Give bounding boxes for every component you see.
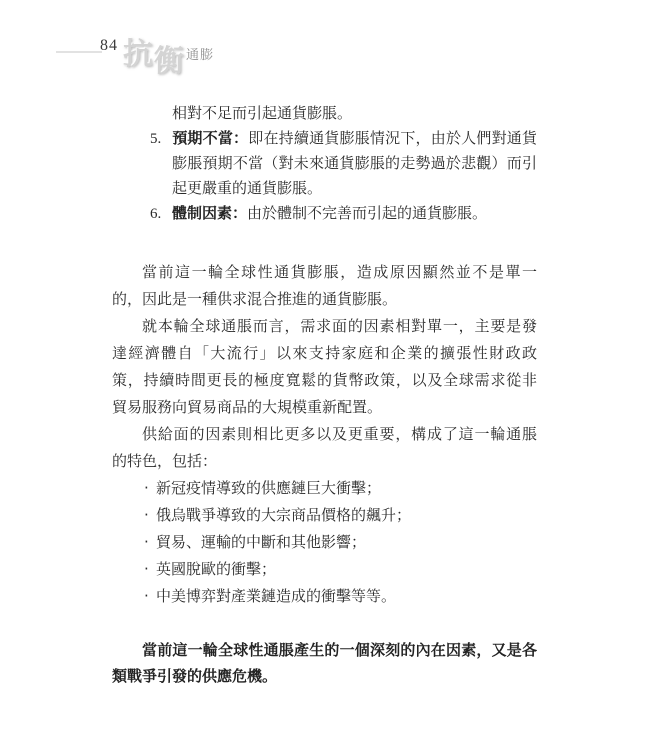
text-segment: 膨脹預期不當（對未來通貨膨脹的走勢過於悲觀）而引 [172, 156, 537, 172]
text-segment: 的，因此是一種供求混合推進的通貨膨脹。 [112, 292, 397, 308]
text-segment: 即在持續通貨膨脹情況下，由於人們對通貨 [248, 131, 537, 147]
text-line: ‧貿易、運輸的中斷和其他影響； [112, 530, 537, 557]
header-rule [56, 51, 102, 53]
text-segment: 起更嚴重的通貨膨脹。 [172, 181, 322, 197]
list-number: 5. [150, 127, 172, 152]
text-segment: 當前這一輪全球性通貨膨脹，造成原因顯然並不是單一 [142, 265, 537, 281]
text-line: ‧英國脫歐的衝擊； [112, 557, 537, 584]
text-segment: 貿易、運輸的中斷和其他影響； [156, 535, 366, 551]
text-segment: 中美博弈對產業鏈造成的衝擊等等。 [156, 589, 396, 605]
text-line: ‧中美博弈對產業鏈造成的衝擊等等。 [112, 584, 537, 611]
text-line: 的特色，包括： [112, 449, 537, 476]
text-line: ‧新冠疫情導致的供應鏈巨大衝擊； [112, 476, 537, 503]
bullet-icon: ‧ [144, 557, 156, 584]
text-segment: 體制因素： [172, 206, 247, 222]
text-line: 策，持續時間更長的極度寬鬆的貨幣政策，以及全球需求從非 [112, 368, 537, 395]
numbered-list: 相對不足而引起通貨膨脹。5.預期不當：即在持續通貨膨脹情況下，由於人們對通貨膨脹… [112, 102, 537, 227]
brand-subtitle: 通膨 [186, 44, 214, 63]
text-segment: 供給面的因素則相比更多以及更重要，構成了這一輪通脹 [142, 427, 537, 443]
text-line: 當前這一輪全球性通脹產生的一個深刻的內在因素，又是各 [112, 638, 537, 664]
text-segment: 新冠疫情導致的供應鏈巨大衝擊； [156, 481, 381, 497]
bullet-icon: ‧ [144, 476, 156, 503]
text-segment: 俄烏戰爭導致的大宗商品價格的飆升； [156, 508, 411, 524]
brand-title-char-1: 抗 [123, 29, 153, 73]
text-segment: 相對不足而引起通貨膨脹。 [172, 106, 352, 122]
text-line: 的，因此是一種供求混合推進的通貨膨脹。 [112, 287, 537, 314]
text-line: 5.預期不當：即在持續通貨膨脹情況下，由於人們對通貨 [112, 127, 537, 152]
text-segment: 策，持續時間更長的極度寬鬆的貨幣政策，以及全球需求從非 [112, 373, 537, 389]
text-line: 就本輪全球通脹而言，需求面的因素相對單一，主要是發 [112, 314, 537, 341]
text-line: 類戰爭引發的供應危機。 [112, 664, 537, 690]
brand-title-char-2: 衡 [154, 36, 184, 80]
book-page: 84 抗 衡 通膨 相對不足而引起通貨膨脹。5.預期不當：即在持續通貨膨脹情況下… [0, 0, 650, 750]
bullet-icon: ‧ [144, 584, 156, 611]
text-line: 相對不足而引起通貨膨脹。 [112, 102, 537, 127]
bullet-icon: ‧ [144, 503, 156, 530]
text-segment: 類戰爭引發的供應危機。 [112, 669, 277, 685]
text-line: 當前這一輪全球性通貨膨脹，造成原因顯然並不是單一 [112, 260, 537, 287]
body-paragraphs: 當前這一輪全球性通貨膨脹，造成原因顯然並不是單一的，因此是一種供求混合推進的通貨… [112, 260, 537, 611]
text-segment: 由於體制不完善而引起的通貨膨脹。 [247, 206, 487, 222]
list-number: 6. [150, 202, 172, 227]
text-line: 達經濟體自「大流行」以來支持家庭和企業的擴張性財政政 [112, 341, 537, 368]
text-segment: 的特色，包括： [112, 454, 217, 470]
text-segment: 當前這一輪全球性通脹產生的一個深刻的內在因素，又是各 [142, 643, 537, 659]
text-segment: 達經濟體自「大流行」以來支持家庭和企業的擴張性財政政 [112, 346, 537, 362]
text-line: 貿易服務向貿易商品的大規模重新配置。 [112, 395, 537, 422]
text-line: 供給面的因素則相比更多以及更重要，構成了這一輪通脹 [112, 422, 537, 449]
text-segment: 英國脫歐的衝擊； [156, 562, 276, 578]
text-line: 6.體制因素：由於體制不完善而引起的通貨膨脹。 [112, 202, 537, 227]
page-number: 84 [100, 37, 118, 55]
text-segment: 預期不當： [172, 131, 248, 147]
page-content: 相對不足而引起通貨膨脹。5.預期不當：即在持續通貨膨脹情況下，由於人們對通貨膨脹… [112, 102, 537, 690]
closing-paragraph: 當前這一輪全球性通脹產生的一個深刻的內在因素，又是各類戰爭引發的供應危機。 [112, 638, 537, 690]
text-line: 膨脹預期不當（對未來通貨膨脹的走勢過於悲觀）而引 [112, 152, 537, 177]
text-segment: 貿易服務向貿易商品的大規模重新配置。 [112, 400, 382, 416]
text-segment: 就本輪全球通脹而言，需求面的因素相對單一，主要是發 [142, 319, 537, 335]
text-line: ‧俄烏戰爭導致的大宗商品價格的飆升； [112, 503, 537, 530]
text-line: 起更嚴重的通貨膨脹。 [112, 177, 537, 202]
bullet-icon: ‧ [144, 530, 156, 557]
